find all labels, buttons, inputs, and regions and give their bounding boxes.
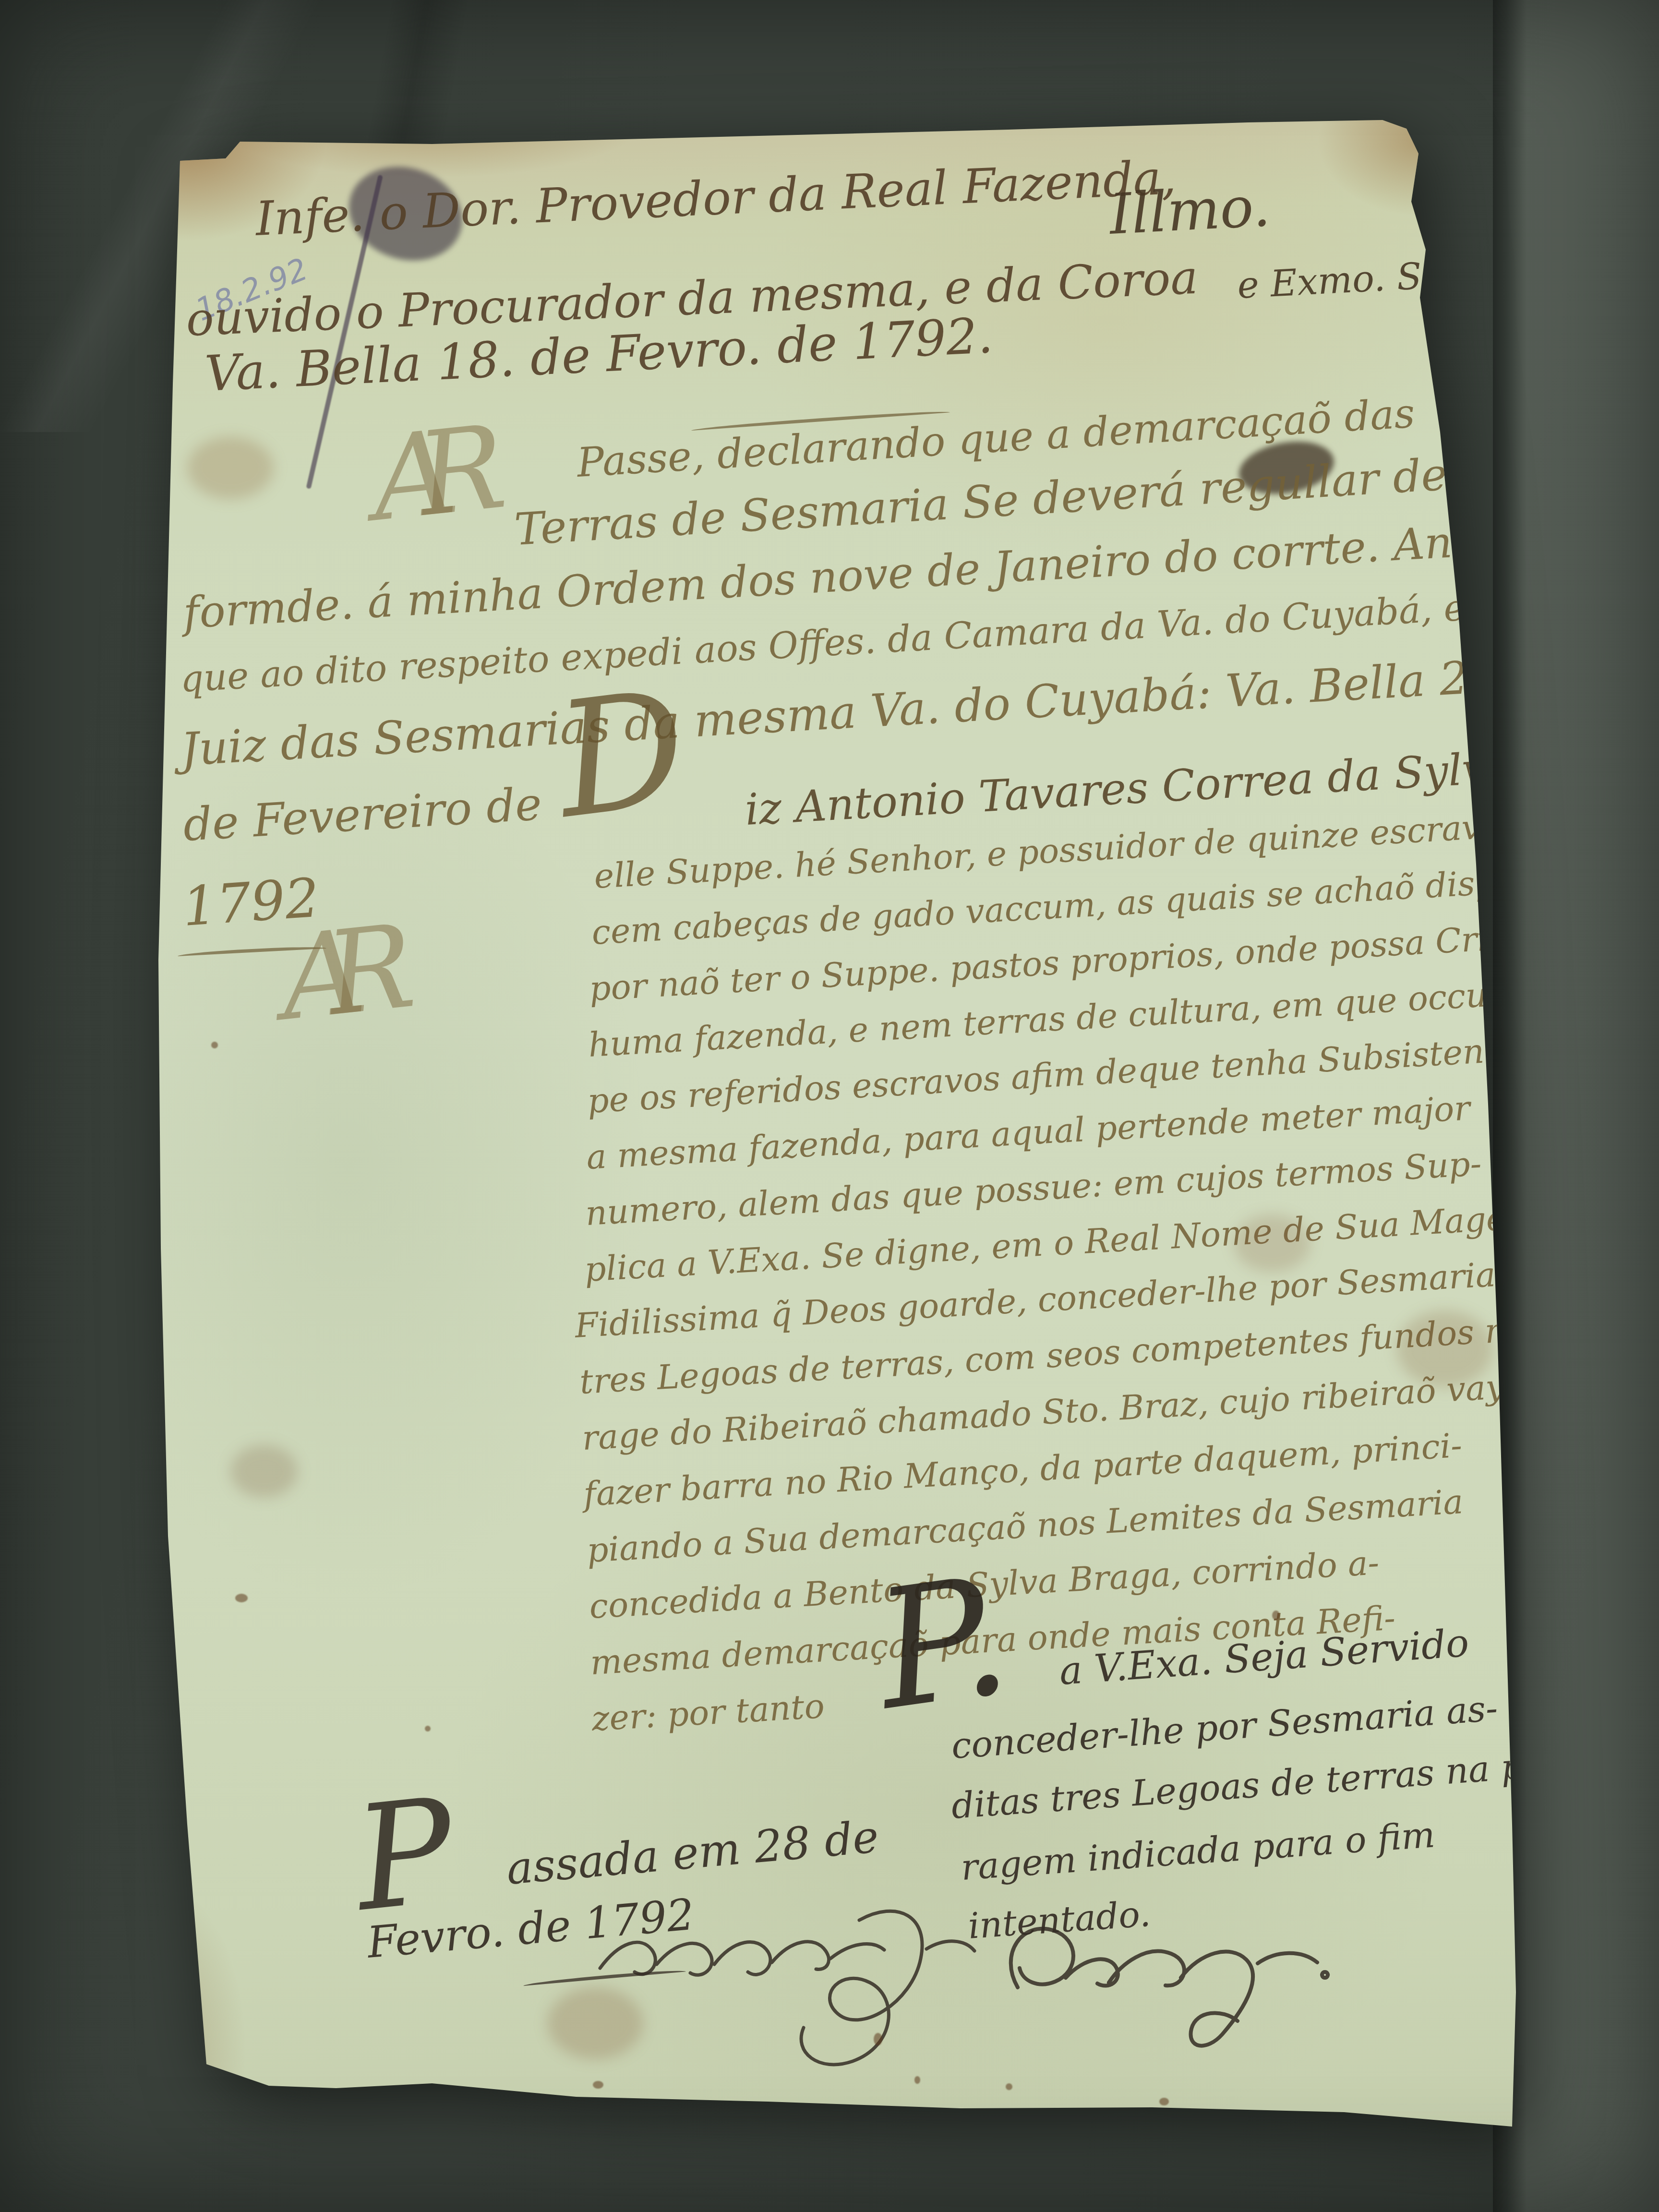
issuance-initial-P: P	[350, 1793, 459, 1918]
request-initial-P: P.	[870, 1570, 1015, 1717]
ink-fleck	[1272, 1611, 1280, 1620]
petition-line: zer: por tanto	[590, 1686, 825, 1739]
ink-fleck	[235, 1594, 248, 1602]
monogram-rubric-mid: AR	[274, 902, 384, 1046]
header-line-1: Infe. o Dor. Provedor da Real Fazenda,	[254, 150, 1177, 247]
ink-fleck	[211, 1042, 218, 1048]
monogram-rubric-top: AR	[365, 403, 475, 547]
signature-left-flourish	[590, 1891, 984, 2098]
signature-left-path	[600, 1911, 974, 2065]
request-line: ragem indicada para o fim	[960, 1814, 1436, 1888]
backdrop-right-panel	[1493, 0, 1659, 2212]
ink-fleck	[874, 2033, 882, 2045]
ink-fleck	[593, 2081, 603, 2089]
paper-wrap: 18.2.92 Infe. o Dor. Provedor da Real Fa…	[158, 120, 1517, 2131]
signature-right-path	[1011, 1929, 1328, 2046]
ink-fleck	[1006, 2083, 1012, 2090]
manuscript-page: 18.2.92 Infe. o Dor. Provedor da Real Fa…	[158, 120, 1517, 2131]
petition-initial-D: D	[551, 684, 693, 825]
ink-fleck	[1450, 154, 1466, 175]
stain	[1397, 1310, 1493, 1387]
ink-fleck	[1159, 2098, 1169, 2105]
ink-fleck	[425, 1726, 431, 1731]
despacho-line-6: de Fevereiro de	[182, 778, 543, 852]
ink-fleck	[914, 2076, 920, 2084]
signature-right-flourish	[989, 1906, 1334, 2069]
photograph-of-manuscript: 18.2.92 Infe. o Dor. Provedor da Real Fa…	[0, 0, 1659, 2212]
petition-first-line: iz Antonio Tavares Correa da Sylva, que	[744, 736, 1622, 835]
stain	[230, 1445, 298, 1498]
issuance-line-1: assada em 28 de	[505, 1811, 881, 1895]
stain	[547, 1987, 643, 2059]
stain	[187, 437, 274, 499]
addressee-line-1: Illmo.	[1108, 174, 1272, 247]
stain	[1234, 1214, 1310, 1272]
addressee-line-2: e Exmo. Senhor	[1236, 249, 1530, 307]
